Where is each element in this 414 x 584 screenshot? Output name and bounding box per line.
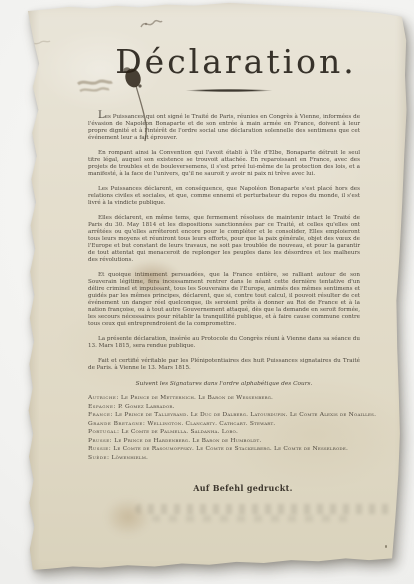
signature-row-russie: Russie: Le Comte de Rasoumoffsky. Le Com… — [88, 445, 380, 454]
paper-shadow-wrap: Déclaration. Les Puissances qui ont sign… — [22, 0, 412, 578]
ink-speck-bottom-right — [385, 545, 387, 548]
signature-country: Espagne: — [88, 404, 116, 410]
ink-scribble-above-title — [138, 15, 164, 33]
body-paragraph-6: La présente déclaration, insérée au Prot… — [88, 336, 360, 350]
body-paragraph-7: Fait et certifié véritable par les Pléni… — [88, 358, 360, 372]
signature-country: Prusse: — [88, 438, 112, 444]
signature-country: Autriche: — [88, 395, 119, 401]
signature-names: Le Prince de Hardenberg. Le Baron de Hum… — [114, 438, 261, 444]
signature-row-espagne: Espagne: P. Gomez Labrador. — [88, 403, 380, 412]
pencil-mark-top-left — [24, 36, 52, 50]
signature-names: P. Gomez Labrador. — [118, 404, 175, 410]
signatures-intro: Suivent les Signatures dans l'ordre alph… — [88, 381, 360, 388]
brown-stain-bottom-left — [105, 498, 151, 536]
document-body: Les Puissances qui ont signé le Traité d… — [88, 112, 360, 463]
signature-row-suede: Suède: Löwenhielm. — [88, 454, 380, 463]
signature-names: Le Comte de Rasoumoffsky. Le Comte de St… — [113, 446, 348, 452]
signature-names: Le Prince de Metternich. Le Baron de Wes… — [121, 395, 273, 401]
signature-row-france: France: Le Prince de Talleyrand. Le Duc … — [88, 411, 380, 420]
signature-row-portugal: Portugal: Le Comte de Palmella. Saldanha… — [88, 428, 380, 437]
declaration-document: Déclaration. Les Puissances qui ont sign… — [22, 0, 412, 578]
signature-row-grande-bretagne: Grande Bretagne: Wellington. Clancarty. … — [88, 420, 380, 429]
signature-list: Autriche: Le Prince de Metternich. Le Ba… — [88, 394, 380, 463]
verso-showthrough-band-faint — [152, 515, 352, 522]
signature-country: Suède: — [88, 455, 109, 461]
signature-row-autriche: Autriche: Le Prince de Metternich. Le Ba… — [88, 394, 380, 403]
signature-names: Löwenhielm. — [112, 455, 149, 461]
body-paragraph-2: En rompant ainsi la Convention qui l'avo… — [88, 150, 360, 178]
signature-names: Wellington. Clancarty. Cathcart. Stewart… — [147, 421, 275, 427]
document-title: Déclaration. — [96, 44, 376, 80]
title-rule — [185, 89, 273, 92]
body-paragraph-5: Et quoique intimement persuadées, que la… — [88, 272, 360, 329]
signature-names: Le Prince de Talleyrand. Le Duc de Dalbe… — [115, 412, 376, 418]
signature-country: Russie: — [88, 446, 111, 452]
photo-background: Déclaration. Les Puissances qui ont sign… — [0, 0, 414, 584]
signature-country: Grande Bretagne: — [88, 421, 145, 427]
body-paragraph-1: Les Puissances qui ont signé le Traité d… — [88, 112, 360, 142]
verso-showthrough-band — [135, 504, 393, 514]
body-paragraph-3: Les Puissances déclarent, en conséquence… — [88, 186, 360, 207]
signature-row-prusse: Prusse: Le Prince de Hardenberg. Le Baro… — [88, 437, 380, 446]
colophon: Auf Befehl gedruckt. — [107, 483, 379, 493]
body-paragraph-4: Elles déclarent, en même tems, que ferme… — [88, 215, 360, 265]
signature-country: France: — [88, 412, 113, 418]
signature-country: Portugal: — [88, 429, 119, 435]
signature-names: Le Comte de Palmella. Saldanha. Lobo. — [122, 429, 239, 435]
